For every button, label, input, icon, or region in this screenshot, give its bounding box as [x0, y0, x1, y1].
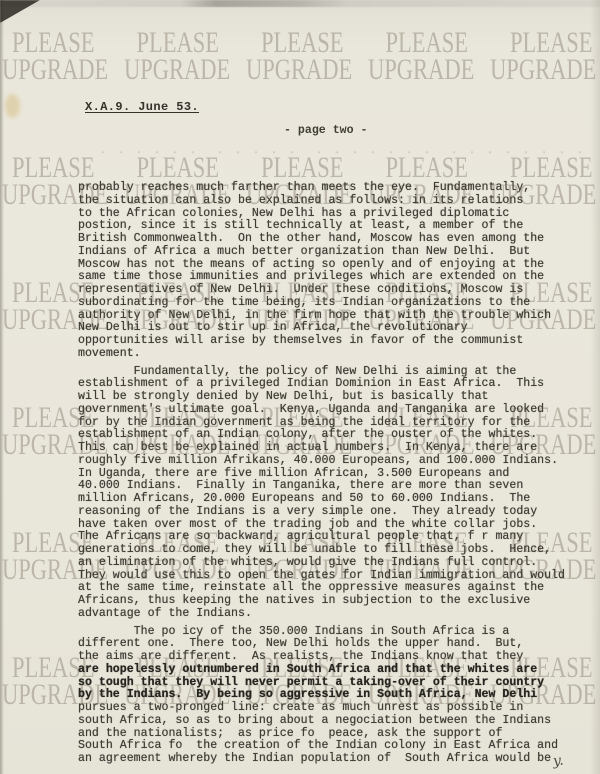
- letter-body: probably reaches much farther than meets…: [78, 182, 586, 771]
- text-line: pursues a two-pronged line: create as mu…: [78, 702, 586, 715]
- paragraph: Fundamentally, the policy of New Delhi i…: [78, 366, 586, 621]
- text-line: movement.: [78, 348, 586, 361]
- letter-content: X.A.9. June 53. - page two - . . . . . .…: [0, 0, 600, 774]
- bleedthrough-dotted-line: . . . . . . . . . . . . . . . . . . . . …: [100, 146, 600, 157]
- paragraph: The po icy of the 350.000 Indians in Sou…: [78, 626, 586, 766]
- paragraph: probably reaches much farther than meets…: [78, 182, 586, 361]
- text-line: the situation can also be explained as f…: [78, 195, 586, 208]
- text-line: an agreement whereby the Indian populati…: [78, 753, 586, 766]
- text-line: an elimination of the whites, would give…: [78, 557, 586, 570]
- text-line: are hopelessly outnumbered in South Afri…: [78, 664, 586, 677]
- text-line: Indians of Africa a much better organiza…: [78, 246, 586, 259]
- text-line: roughly five million Afrikans, 40.000 Eu…: [78, 455, 586, 468]
- text-line: probably reaches much farther than meets…: [78, 182, 586, 195]
- scanned-letter-page: PLEASEPLEASEPLEASEPLEASEPLEASEUPGRADEUPG…: [0, 0, 600, 774]
- text-line: British Commonwealth. On the other hand,…: [78, 233, 586, 246]
- handwritten-initial: y.: [552, 752, 564, 769]
- text-line: reasoning of the Indians is a very simpl…: [78, 506, 586, 519]
- text-line: the aims are different. As realists, the…: [78, 651, 586, 664]
- text-line: Africans, thus keeping the natives in su…: [78, 595, 586, 608]
- text-line: south Africa, so as to bring about a neg…: [78, 715, 586, 728]
- text-line: opportunities will arise by themselves i…: [78, 335, 586, 348]
- text-line: advantage of the Indians.: [78, 608, 586, 621]
- text-line: representatives of New Delhi. Under thes…: [78, 284, 586, 297]
- page-number-label: - page two -: [284, 124, 368, 137]
- text-line: This can best be explained in actual num…: [78, 442, 586, 455]
- text-line: generations to come, they will be unable…: [78, 544, 586, 557]
- document-reference: X.A.9. June 53.: [85, 100, 199, 114]
- text-line: will be strongly denied by New Delhi, bu…: [78, 391, 586, 404]
- text-line: government's ultimate goal. Kenya, Ugand…: [78, 404, 586, 417]
- text-line: million Africans, 20.000 Europeans and 5…: [78, 493, 586, 506]
- text-line: subordinating for the time being, its In…: [78, 297, 586, 310]
